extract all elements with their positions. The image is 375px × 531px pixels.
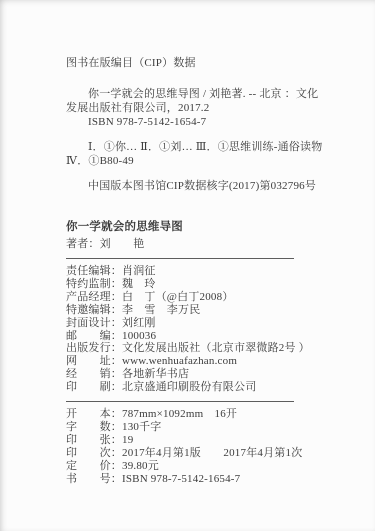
specs-label: 印 张： <box>66 434 122 446</box>
divider-bottom <box>66 401 294 402</box>
specs-row: 字 数：130千字 <box>66 421 296 434</box>
credits-row: 特约监制：魏 玲 <box>66 278 296 291</box>
title-block: 你一学就会的思维导图 著者：刘 艳 <box>66 220 296 251</box>
cip-header: 图书在版编目（CIP）数据 <box>66 56 296 70</box>
credits-value: 白 丁（@白丁2008） <box>122 291 234 303</box>
credits-label: 出版发行： <box>66 342 122 354</box>
specs-label: 印 次： <box>66 447 122 459</box>
credits-value: 刘红刚 <box>122 317 156 329</box>
credits-value: 北京盛通印刷股份有限公司 <box>122 381 256 393</box>
cip-classification-line-2: Ⅳ．①B80-49 <box>66 154 296 168</box>
credits-label: 经 销： <box>66 368 122 380</box>
credits-row: 出版发行：文化发展出版社（北京市翠微路2号 ） <box>66 342 296 355</box>
specs-value: 2017年4月第1版 2017年4月第1次 <box>122 447 302 459</box>
cip-isbn-line: ISBN 978-7-5142-1654-7 <box>66 115 296 129</box>
credits-value: www.wenhuafazhan.com <box>122 355 237 367</box>
credits-row: 邮 编：100036 <box>66 330 296 343</box>
credits-label: 邮 编： <box>66 330 122 342</box>
print-specs: 开 本：787mm×1092mm 16开 字 数：130千字 印 张：19 印 … <box>66 408 296 485</box>
specs-row: 印 次：2017年4月第1版 2017年4月第1次 <box>66 447 296 460</box>
specs-value: 19 <box>122 434 133 446</box>
credits-label: 封面设计： <box>66 317 122 329</box>
credits-row: 责任编辑：肖润征 <box>66 265 296 278</box>
credits-label: 产品经理： <box>66 291 122 303</box>
specs-row: 印 张：19 <box>66 434 296 447</box>
credits-label: 特约监制： <box>66 278 122 290</box>
author-label: 著者： <box>66 238 100 250</box>
specs-row: 开 本：787mm×1092mm 16开 <box>66 408 296 421</box>
credits-row: 经 销：各地新华书店 <box>66 368 296 381</box>
colophon-credits: 责任编辑：肖润征 特约监制：魏 玲 产品经理：白 丁（@白丁2008） 特邀编辑… <box>66 265 296 394</box>
specs-label: 定 价： <box>66 460 122 472</box>
cip-classification-line-1: Ⅰ．①你… Ⅱ．①刘… Ⅲ．①思维训练-通俗读物 <box>66 140 296 154</box>
specs-label: 书 号： <box>66 473 122 485</box>
cip-registry-number: 中国版本图书馆CIP数据核字(2017)第032796号 <box>66 179 296 193</box>
credits-row: 印 刷：北京盛通印刷股份有限公司 <box>66 381 296 394</box>
copyright-page: 图书在版编目（CIP）数据 你一学就会的思维导图 / 刘艳著. -- 北京 ：文… <box>0 0 375 531</box>
credits-label: 印 刷： <box>66 381 122 393</box>
specs-row: 定 价：39.80元 <box>66 460 296 473</box>
credits-row: 网 址：www.wenhuafazhan.com <box>66 355 296 368</box>
author-line: 著者：刘 艳 <box>66 237 296 251</box>
specs-value: ISBN 978-7-5142-1654-7 <box>122 473 240 485</box>
specs-row: 书 号：ISBN 978-7-5142-1654-7 <box>66 473 296 486</box>
credits-row: 产品经理：白 丁（@白丁2008） <box>66 291 296 304</box>
book-title: 你一学就会的思维导图 <box>66 220 296 235</box>
credits-label: 网 址： <box>66 355 122 367</box>
credits-value: 文化发展出版社（北京市翠微路2号 ） <box>122 342 310 354</box>
specs-value: 39.80元 <box>122 460 159 472</box>
specs-value: 787mm×1092mm 16开 <box>122 408 237 420</box>
credits-label: 责任编辑： <box>66 265 122 277</box>
cip-record-line-1: 你一学就会的思维导图 / 刘艳著. -- 北京 ：文化 <box>66 87 296 101</box>
credits-value: 李 雪 李万民 <box>122 304 200 316</box>
credits-value: 100036 <box>122 330 156 342</box>
credits-value: 各地新华书店 <box>122 368 189 380</box>
credits-row: 特邀编辑：李 雪 李万民 <box>66 304 296 317</box>
specs-value: 130千字 <box>122 421 162 433</box>
credits-label: 特邀编辑： <box>66 304 122 316</box>
credits-value: 肖润征 <box>122 265 156 277</box>
specs-label: 开 本： <box>66 408 122 420</box>
divider-top <box>66 258 294 259</box>
credits-row: 封面设计：刘红刚 <box>66 317 296 330</box>
credits-value: 魏 玲 <box>122 278 156 290</box>
page-content: 图书在版编目（CIP）数据 你一学就会的思维导图 / 刘艳著. -- 北京 ：文… <box>66 56 296 486</box>
author-name: 刘 艳 <box>100 238 145 250</box>
cip-record-line-2: 发展出版社有限公司，2017.2 <box>66 101 296 115</box>
cip-data-block: 图书在版编目（CIP）数据 你一学就会的思维导图 / 刘艳著. -- 北京 ：文… <box>66 56 296 193</box>
specs-label: 字 数： <box>66 421 122 433</box>
